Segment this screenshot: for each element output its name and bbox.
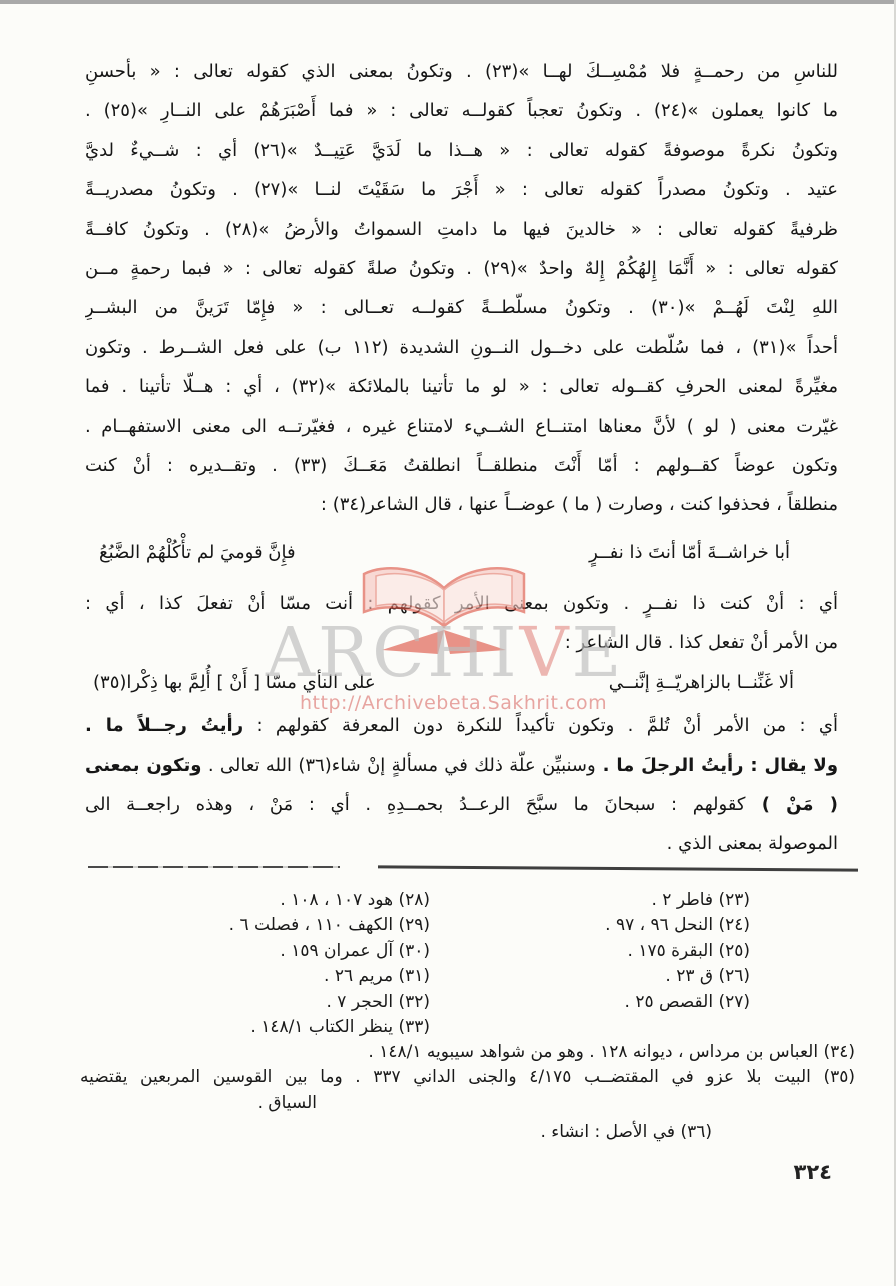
- text-segment: وتكونُ نكرةً موصوفةً كقوله تعالى : « هــ…: [85, 140, 838, 161]
- text-segment: عتيد . وتكونُ مصدراً كقوله تعالى : « أَج…: [85, 179, 838, 200]
- bold-text-segment: رأيتُ رجــلاً ما .: [85, 715, 243, 736]
- text-line: للناسِ من رحمــةٍ فلا مُمْسِــكَ لهــا »…: [85, 52, 838, 91]
- footnote-item: (٢٦) ق ٢٣ .: [480, 964, 750, 989]
- text-line: عتيد . وتكونُ مصدراً كقوله تعالى : « أَج…: [85, 170, 838, 209]
- footnote-item: (٢٣) فاطر ٢ .: [480, 888, 750, 913]
- text-segment: غيّرت معنى ( لو ) لأنَّ معناها امتنــاع …: [85, 416, 838, 437]
- text-segment: كقوله تعالى : « أَنَّمَا إِلهُكُمْ إِلهٌ…: [85, 258, 838, 279]
- text-segment: أي : أنْ كنت ذا نفــرٍ . وتكون بمعنى الأ…: [85, 593, 838, 614]
- text-segment: منطلقاً ، فحذفوا كنت ، وصارت ( ما ) عوضـ…: [321, 494, 838, 515]
- text-line: وتكون عوضاً كقــولهم : أمّا أَنْتَ منطلق…: [85, 446, 838, 485]
- text-segment: ما كانوا يعملون »(٢٤) . وتكونُ تعجباً كق…: [85, 100, 838, 121]
- footnote-separator-left: [88, 866, 340, 868]
- text-segment: ظرفيةً كقوله تعالى : « خالدينَ فيها ما د…: [85, 219, 838, 240]
- footnote-item: (٢٩) الكهف ١١٠ ، فصلت ٦ .: [100, 913, 430, 938]
- scan-edge-top: [0, 0, 896, 4]
- bold-text-segment: ولا يقال : رأيتُ الرجلَ ما .: [596, 755, 838, 776]
- main-text-block: للناسِ من رحمــةٍ فلا مُمْسِــكَ لهــا »…: [85, 52, 838, 864]
- verse-first-hemistich: ألا غَنِّنــا بالزاهريّــةِ إنَّنــي: [609, 663, 794, 702]
- footnotes-right-column: (٢٣) فاطر ٢ .(٢٤) النحل ٩٦ ، ٩٧ .(٢٥) ال…: [480, 888, 750, 1015]
- text-line: أي : أنْ كنت ذا نفــرٍ . وتكون بمعنى الأ…: [85, 584, 838, 623]
- text-line: أحداً »(٣١) ، فما سُلّطت على دخــول النـ…: [85, 328, 838, 367]
- bold-text-segment: ( مَنْ ): [745, 794, 838, 815]
- text-line: ظرفيةً كقوله تعالى : « خالدينَ فيها ما د…: [85, 210, 838, 249]
- verse-second-hemistich: على النأي مسّا [ أَنْ ] أُلِمَّ بها ذِكْ…: [93, 663, 376, 702]
- text-segment: أحداً »(٣١) ، فما سُلّطت على دخــول النـ…: [85, 337, 838, 358]
- scanned-book-page: للناسِ من رحمــةٍ فلا مُمْسِــكَ لهــا »…: [0, 0, 896, 1286]
- text-line: مغيِّرةً لمعنى الحرفِ كقــوله تعالى : « …: [85, 367, 838, 406]
- text-line: كقوله تعالى : « أَنَّمَا إِلهُكُمْ إِلهٌ…: [85, 249, 838, 288]
- text-segment: من الأمر أنْ تفعل كذا . قال الشاعر :: [565, 632, 838, 653]
- text-line: منطلقاً ، فحذفوا كنت ، وصارت ( ما ) عوضـ…: [85, 485, 838, 524]
- footnote-item: (٣٥) البيت بلا عزو في المقتضــب ٤/١٧٥ وا…: [80, 1065, 855, 1090]
- text-segment: الموصولة بمعنى الذي .: [667, 833, 838, 854]
- text-line: ( مَنْ ) كقولهم : سبحانَ ما سبَّحَ الرعـ…: [85, 785, 838, 824]
- text-segment: اللهِ لِنْتَ لَهُــمْ »(٣٠) . وتكونُ مسل…: [85, 297, 838, 318]
- text-line: اللهِ لِنْتَ لَهُــمْ »(٣٠) . وتكونُ مسل…: [85, 288, 838, 327]
- footnote-item: (٣٤) العباس بن مرداس ، ديوانه ١٢٨ . وهو …: [80, 1040, 855, 1065]
- verse-line: ألا غَنِّنــا بالزاهريّــةِ إنَّنــيعلى …: [85, 663, 838, 702]
- text-line: أي : من الأمر أنْ تُلمَّ . وتكون تأكيداً…: [85, 706, 838, 745]
- verse-second-hemistich: فإِنَّ قوميَ لم تأْكُلْهُمْ الضَّبُعُ: [99, 533, 296, 572]
- text-line: الموصولة بمعنى الذي .: [85, 824, 838, 863]
- footnote-separator-right: [378, 865, 858, 871]
- footnote-item: (٣٣) ينظر الكتاب ١٤٨/١ .: [100, 1015, 430, 1040]
- footnote-continuation: السياق .: [80, 1091, 855, 1116]
- text-segment: وسنبيِّن علّة ذلك في مسألةٍ إنْ شاء(٣٦) …: [202, 755, 596, 776]
- text-line: ولا يقال : رأيتُ الرجلَ ما . وسنبيِّن عل…: [85, 746, 838, 785]
- text-segment: وتكون عوضاً كقــولهم : أمّا أَنْتَ منطلق…: [85, 455, 838, 476]
- text-segment: مغيِّرةً لمعنى الحرفِ كقــوله تعالى : « …: [85, 376, 838, 397]
- page-number: ٣٢٤: [794, 1160, 832, 1184]
- footnote-item: (٣٦) في الأصل : انشاء .: [80, 1120, 855, 1145]
- text-segment: أي : من الأمر أنْ تُلمَّ . وتكون تأكيداً…: [243, 715, 838, 736]
- footnote-item: (٣٠) آل عمران ١٥٩ .: [100, 939, 430, 964]
- footnote-item: (٣١) مريم ٢٦ .: [100, 964, 430, 989]
- footnote-item: (٣٢) الحجر ٧ .: [100, 990, 430, 1015]
- verse-line: أبا خراشــةَ أمّا أنتَ ذا نفــرٍفإِنَّ ق…: [85, 533, 838, 572]
- text-line: من الأمر أنْ تفعل كذا . قال الشاعر :: [85, 623, 838, 662]
- footnote-item: (٢٥) البقرة ١٧٥ .: [480, 939, 750, 964]
- bold-text-segment: وتكون بمعنى: [85, 755, 202, 776]
- verse-first-hemistich: أبا خراشــةَ أمّا أنتَ ذا نفــرٍ: [589, 533, 790, 572]
- text-segment: كقولهم : سبحانَ ما سبَّحَ الرعــدُ بحمــ…: [85, 794, 745, 815]
- text-line: غيّرت معنى ( لو ) لأنَّ معناها امتنــاع …: [85, 407, 838, 446]
- footnote-item: (٢٧) القصص ٢٥ .: [480, 990, 750, 1015]
- footnote-continuation-line: السياق .: [80, 1091, 855, 1116]
- footnote-item: (٢٨) هود ١٠٧ ، ١٠٨ .: [100, 888, 430, 913]
- text-segment: للناسِ من رحمــةٍ فلا مُمْسِــكَ لهــا »…: [85, 61, 838, 82]
- footnotes-full-width: (٣٤) العباس بن مرداس ، ديوانه ١٢٨ . وهو …: [80, 1040, 855, 1146]
- footnote-item: (٢٤) النحل ٩٦ ، ٩٧ .: [480, 913, 750, 938]
- footnotes-left-column: (٢٨) هود ١٠٧ ، ١٠٨ .(٢٩) الكهف ١١٠ ، فصل…: [100, 888, 430, 1040]
- text-line: ما كانوا يعملون »(٢٤) . وتكونُ تعجباً كق…: [85, 91, 838, 130]
- text-line: وتكونُ نكرةً موصوفةً كقوله تعالى : « هــ…: [85, 131, 838, 170]
